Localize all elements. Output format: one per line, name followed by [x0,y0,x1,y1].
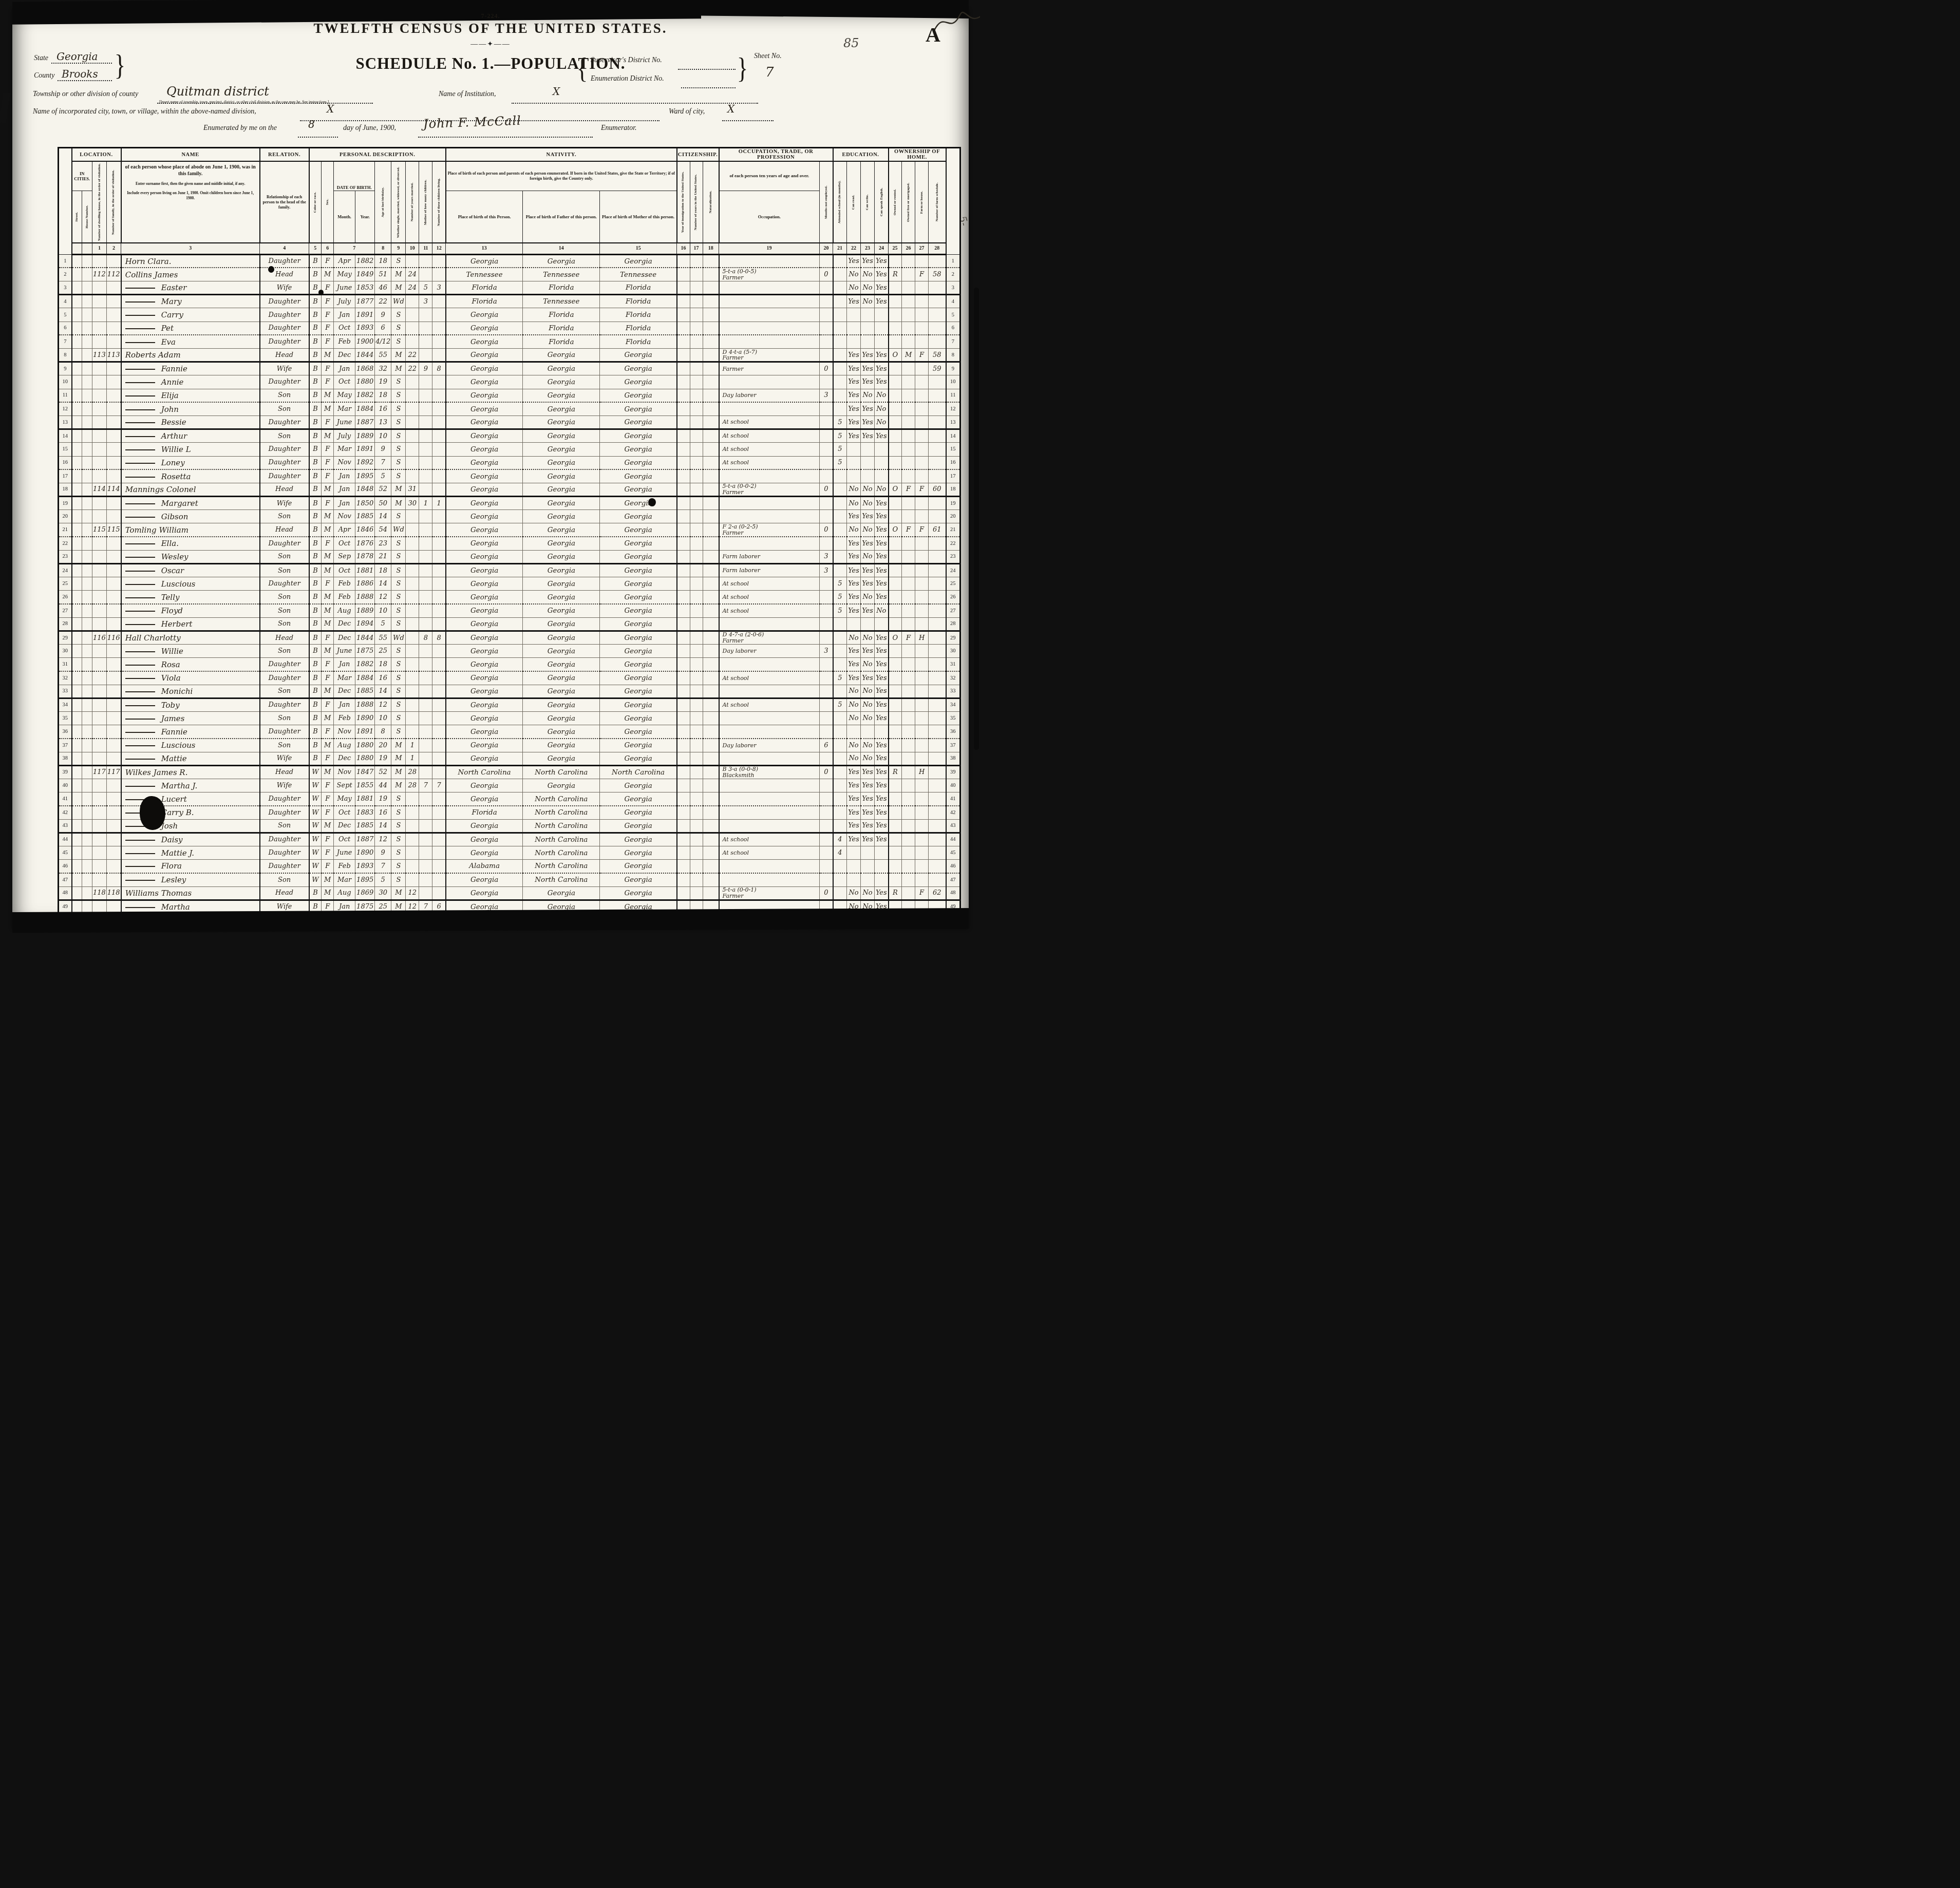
column-number: 4 [260,243,309,254]
street [72,469,82,483]
relation: Son [260,591,309,604]
school-months [833,295,847,308]
birthplace-father: Georgia [523,631,600,644]
marital-status: S [391,873,406,886]
immigration-year [677,712,690,725]
children-living [432,886,446,900]
column-number: 21 [833,243,847,254]
school-months [833,860,847,873]
can-read: Yes [847,564,861,577]
col-free-or-mortgaged: Owned free or mortgaged. [902,161,915,243]
years-married: 24 [406,268,419,281]
birth-month: Feb [334,860,355,873]
farm-schedule [929,591,946,604]
naturalization [703,469,719,483]
table-row: 40Martha J.WifeWFSept185544M2877GeorgiaG… [59,779,960,792]
house-number [82,416,92,429]
house-number [82,752,92,765]
owned-rented [889,617,902,631]
column-number: 28 [929,243,946,254]
years-in-us [690,645,703,658]
children-living [432,510,446,523]
occupation: Day laborer [719,389,820,402]
street [72,523,82,537]
birthplace-person: Florida [446,295,523,308]
marital-status: M [391,779,406,792]
dwelling-number: 117 [92,765,107,779]
sex: F [322,631,334,644]
birthplace-person: Georgia [446,308,523,322]
naturalization [703,752,719,765]
farm-schedule [929,806,946,819]
immigration-year [677,268,690,281]
years-in-us [690,281,703,295]
birthplace-person: Georgia [446,577,523,591]
line-number: 20 [59,510,72,523]
owned-rented [889,873,902,886]
column-number [82,243,92,254]
months-not-employed [820,806,833,819]
col-occupation: Occupation. [719,191,820,243]
years-married: 22 [406,362,419,375]
farm-schedule [929,698,946,711]
birth-month: Oct [334,375,355,389]
family-number [106,658,121,671]
naturalization [703,429,719,443]
age: 55 [375,631,391,644]
years-in-us [690,483,703,496]
naturalization [703,631,719,644]
owned-rented [889,645,902,658]
immigration-year [677,537,690,550]
sex: M [322,617,334,631]
birth-year: 1882 [355,389,375,402]
dwelling-number: 118 [92,886,107,900]
name: Ella. [121,537,260,550]
birthplace-father: Georgia [523,537,600,550]
age: 14 [375,577,391,591]
can-write [861,443,875,456]
age: 46 [375,281,391,295]
birth-year: 1883 [355,806,375,819]
school-months [833,497,847,510]
birthplace-mother: Georgia [600,617,677,631]
line-number: 23 [946,550,960,563]
house-number [82,402,92,416]
can-speak-english: Yes [875,375,889,389]
line-number: 39 [946,765,960,779]
owned-rented [889,604,902,617]
age: 9 [375,443,391,456]
table-row: 18114114Mannings ColonelHeadBMJan184852M… [59,483,960,496]
age: 4/12 [375,335,391,348]
years-married: 22 [406,349,419,362]
immigration-year [677,375,690,389]
age: 10 [375,712,391,725]
birthplace-mother: Georgia [600,389,677,402]
immigration-year [677,860,690,873]
ditto-dash [125,297,155,303]
relation: Head [260,886,309,900]
line-number: 20 [946,510,960,523]
birthplace-person: Tennessee [446,268,523,281]
name: Pet [121,322,260,335]
birth-month: Oct [334,833,355,846]
color-race: B [309,886,322,900]
school-months [833,281,847,295]
line-number: 33 [59,685,72,698]
can-read: Yes [847,671,861,685]
line-number: 2 [946,268,960,281]
birthplace-mother: Georgia [600,725,677,739]
birth-month: Dec [334,631,355,644]
dwelling-number [92,497,107,510]
line-number: 11 [59,389,72,402]
birthplace-father: Tennessee [523,268,600,281]
birth-year: 1885 [355,685,375,698]
owned-rented [889,362,902,375]
can-write: No [861,268,875,281]
months-not-employed [820,779,833,792]
birthplace-father: Georgia [523,645,600,658]
can-write [861,846,875,859]
immigration-year [677,833,690,846]
can-write: Yes [861,254,875,268]
birth-year: 1880 [355,752,375,765]
naturalization [703,416,719,429]
can-speak-english: Yes [875,254,889,268]
years-married: 1 [406,739,419,752]
free-mortgaged: F [902,631,915,644]
can-read: Yes [847,537,861,550]
ink-blot [140,796,165,830]
house-number [82,819,92,833]
line-number: 40 [946,779,960,792]
farm-schedule [929,873,946,886]
school-months [833,685,847,698]
house-number [82,873,92,886]
street [72,900,82,913]
birthplace-mother: Georgia [600,671,677,685]
marital-status: M [391,886,406,900]
owned-rented [889,375,902,389]
birthplace-father: Georgia [523,712,600,725]
can-read [847,469,861,483]
immigration-year [677,577,690,591]
years-in-us [690,617,703,631]
relation: Daughter [260,658,309,671]
birth-month: Mar [334,671,355,685]
farm-schedule [929,295,946,308]
column-number: 15 [600,243,677,254]
can-speak-english: Yes [875,631,889,644]
marital-status: S [391,335,406,348]
birthplace-mother: Georgia [600,806,677,819]
birthplace-mother: Georgia [600,564,677,577]
mother-of-children: 8 [419,631,432,644]
birth-month: Apr [334,523,355,537]
dwelling-number [92,577,107,591]
can-speak-english: Yes [875,886,889,900]
house-number [82,335,92,348]
table-row: 2112112Collins JamesHeadBMMay184951M24Te… [59,268,960,281]
house-number [82,886,92,900]
years-married [406,254,419,268]
enumerated-day: 8 [308,118,315,130]
can-write: Yes [861,577,875,591]
family-number [106,402,121,416]
sex: F [322,658,334,671]
line-number: 14 [946,429,960,443]
years-in-us [690,658,703,671]
months-not-employed [820,469,833,483]
birthplace-mother: Georgia [600,712,677,725]
family-number [106,739,121,752]
marital-status: S [391,577,406,591]
house-number [82,375,92,389]
can-speak-english: Yes [875,712,889,725]
table-row: 14ArthurSonBMJuly188910SGeorgiaGeorgiaGe… [59,429,960,443]
occupation [719,254,820,268]
dwelling-number [92,739,107,752]
owned-rented [889,550,902,563]
owned-rented [889,752,902,765]
years-married: 30 [406,497,419,510]
dwelling-number [92,591,107,604]
mother-of-children [419,645,432,658]
children-living [432,725,446,739]
column-number [72,243,82,254]
sex: M [322,819,334,833]
immigration-year [677,295,690,308]
dwelling-number [92,469,107,483]
relation: Wife [260,779,309,792]
naturalization [703,873,719,886]
naturalization [703,537,719,550]
owned-rented [889,685,902,698]
color-race: B [309,389,322,402]
birthplace-mother: Georgia [600,779,677,792]
free-mortgaged [902,402,915,416]
farm-or-house [915,402,929,416]
birthplace-person: Georgia [446,846,523,859]
free-mortgaged [902,429,915,443]
relation: Son [260,617,309,631]
name: Monichi [121,685,260,698]
table-row: 48118118Williams ThomasHeadBMAug186930M1… [59,886,960,900]
ditto-dash [125,674,155,679]
occupation [719,658,820,671]
street [72,819,82,833]
line-number: 21 [59,523,72,537]
line-number: 44 [946,833,960,846]
sex: M [322,268,334,281]
can-write: No [861,739,875,752]
school-months [833,335,847,348]
immigration-year [677,617,690,631]
age: 18 [375,564,391,577]
sex: F [322,752,334,765]
sex: M [322,510,334,523]
birth-year: 1895 [355,873,375,886]
column-number: 27 [915,243,929,254]
can-read [847,456,861,469]
birthplace-person: Georgia [446,604,523,617]
occupation: Farm laborer [719,564,820,577]
age: 18 [375,254,391,268]
line-number: 35 [946,712,960,725]
birth-year: 1890 [355,846,375,859]
marital-status: S [391,658,406,671]
sex: M [322,523,334,537]
ward-line [722,114,774,121]
can-speak-english: Yes [875,792,889,806]
years-married [406,860,419,873]
color-race: B [309,429,322,443]
occupation [719,375,820,389]
line-number: 3 [946,281,960,295]
sex: F [322,846,334,859]
birthplace-mother: Georgia [600,443,677,456]
line-number: 34 [59,698,72,711]
table-row: 6PetDaughterBFOct18936SGeorgiaFloridaFlo… [59,322,960,335]
occupation: B 3-a (0-0-8) Blacksmith [719,765,820,779]
ditto-dash [125,660,155,666]
table-row: 23WesleySonBMSep187821SGeorgiaGeorgiaGeo… [59,550,960,563]
family-number [106,792,121,806]
children-living [432,765,446,779]
sex: F [322,295,334,308]
birthplace-person: Florida [446,281,523,295]
marital-status: S [391,389,406,402]
birthplace-father: Georgia [523,443,600,456]
col-date-of-birth: DATE OF BIRTH. [334,161,375,191]
can-speak-english: Yes [875,268,889,281]
can-write [861,725,875,739]
family-number [106,537,121,550]
name-note1: Enter surname first, then the given name… [125,181,256,186]
farm-or-house: F [915,886,929,900]
naturalization [703,658,719,671]
owned-rented [889,537,902,550]
years-in-us [690,685,703,698]
birthplace-person: Georgia [446,254,523,268]
birthplace-person: Georgia [446,698,523,711]
farm-schedule [929,429,946,443]
line-number: 15 [946,443,960,456]
can-speak-english: Yes [875,510,889,523]
color-race: B [309,469,322,483]
color-race: B [309,671,322,685]
street [72,631,82,644]
line-number: 25 [59,577,72,591]
years-in-us [690,443,703,456]
birthplace-mother: Georgia [600,604,677,617]
line-number: 29 [946,631,960,644]
sex: F [322,322,334,335]
can-speak-english: Yes [875,550,889,563]
age: 19 [375,375,391,389]
street [72,402,82,416]
farm-schedule [929,416,946,429]
marital-status: S [391,416,406,429]
sex: F [322,698,334,711]
birthplace-person: Georgia [446,362,523,375]
house-number [82,469,92,483]
marital-status: S [391,254,406,268]
age: 51 [375,268,391,281]
dwelling-number [92,806,107,819]
ditto-dash [125,620,155,625]
ditto-dash [125,473,155,478]
free-mortgaged [902,752,915,765]
line-number: 7 [946,335,960,348]
ditto-dash [125,580,155,585]
birthplace-person: Georgia [446,819,523,833]
months-not-employed [820,846,833,859]
table-row: 41LucertDaughterWFMay188119SGeorgiaNorth… [59,792,960,806]
owned-rented [889,725,902,739]
age: 18 [375,658,391,671]
school-months [833,402,847,416]
col-birth-year: Year. [355,191,375,243]
school-months [833,725,847,739]
can-speak-english: Yes [875,497,889,510]
can-speak-english: Yes [875,806,889,819]
street [72,577,82,591]
months-not-employed [820,725,833,739]
months-not-employed [820,631,833,644]
birthplace-person: Georgia [446,469,523,483]
line-number: 45 [946,846,960,859]
school-months [833,752,847,765]
months-not-employed [820,617,833,631]
mother-of-children [419,416,432,429]
line-number: 31 [946,658,960,671]
birthplace-person: Georgia [446,564,523,577]
dwelling-number: 114 [92,483,107,496]
district-brace-left: { [577,52,588,85]
can-read: Yes [847,362,861,375]
marital-status: S [391,698,406,711]
table-row: 3EasterWifeBFJune185346M2453FloridaFlori… [59,281,960,295]
color-race: B [309,537,322,550]
birthplace-person: Georgia [446,497,523,510]
free-mortgaged [902,281,915,295]
can-read: Yes [847,604,861,617]
name: Loney [121,456,260,469]
relation: Daughter [260,308,309,322]
can-read: Yes [847,389,861,402]
name: Arthur [121,429,260,443]
group-personal-description: PERSONAL DESCRIPTION. [309,148,446,162]
mother-of-children [419,483,432,496]
col-can-read: Can read. [847,161,861,243]
marital-status: Wd [391,523,406,537]
can-speak-english [875,873,889,886]
children-living [432,550,446,563]
marital-status: S [391,604,406,617]
birthplace-father: Georgia [523,510,600,523]
can-read: Yes [847,779,861,792]
free-mortgaged: F [902,523,915,537]
months-not-employed [820,308,833,322]
months-not-employed [820,281,833,295]
birthplace-father: Florida [523,308,600,322]
school-months [833,631,847,644]
house-number [82,443,92,456]
birth-year: 1885 [355,510,375,523]
